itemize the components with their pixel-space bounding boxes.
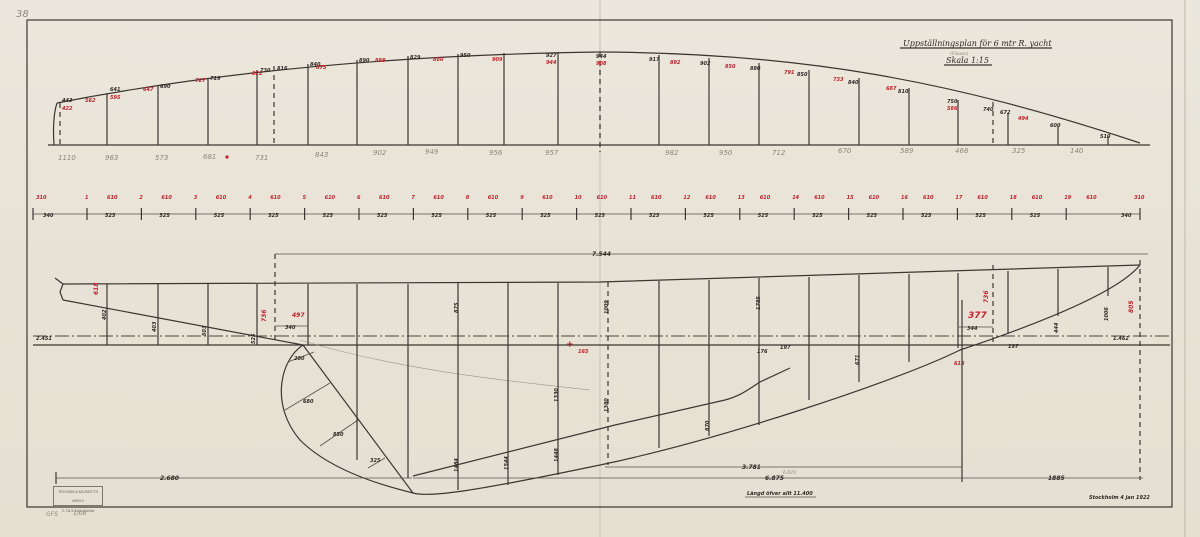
svg-text:525: 525 <box>323 213 334 219</box>
sheer-line <box>63 265 1140 284</box>
svg-text:6.870: 6.870 <box>783 470 796 476</box>
svg-text:944: 944 <box>546 60 557 66</box>
svg-text:525: 525 <box>377 213 388 219</box>
keel-profile <box>281 265 1140 494</box>
svg-text:12: 12 <box>683 195 690 201</box>
station-ticks: 1610525261052536105254610525561052566105… <box>85 195 1097 220</box>
svg-text:2.451: 2.451 <box>36 336 52 342</box>
svg-text:15: 15 <box>847 195 854 201</box>
svg-text:850: 850 <box>333 432 344 438</box>
red-cross-marker: + <box>566 340 574 350</box>
svg-text:880: 880 <box>433 57 444 63</box>
svg-text:444: 444 <box>1054 322 1060 333</box>
overall-length-note: Längd öfver allt 11.400 <box>747 491 813 497</box>
sheet-number: 38 <box>16 9 29 20</box>
svg-text:176: 176 <box>757 349 768 355</box>
plan-label: 443 <box>62 98 73 104</box>
svg-text:750: 750 <box>947 99 958 105</box>
svg-text:982: 982 <box>665 149 679 157</box>
svg-text:791: 791 <box>784 70 794 76</box>
svg-text:610: 610 <box>216 195 227 201</box>
svg-text:19: 19 <box>1064 195 1071 201</box>
svg-text:888: 888 <box>375 58 386 64</box>
svg-text:600: 600 <box>1050 123 1061 129</box>
svg-text:422: 422 <box>62 106 73 112</box>
svg-text:525: 525 <box>867 213 878 219</box>
svg-text:525: 525 <box>975 213 986 219</box>
svg-text:822: 822 <box>252 71 263 77</box>
svg-text:641: 641 <box>110 87 120 93</box>
svg-text:927: 927 <box>546 53 557 59</box>
svg-text:340: 340 <box>43 213 54 219</box>
svg-text:525: 525 <box>921 213 932 219</box>
svg-text:950: 950 <box>719 149 733 157</box>
svg-text:740: 740 <box>983 107 994 113</box>
svg-text:310: 310 <box>1134 195 1145 201</box>
svg-text:503: 503 <box>202 325 208 336</box>
svg-text:525: 525 <box>595 213 606 219</box>
svg-text:805: 805 <box>1128 300 1135 313</box>
svg-text:1009: 1009 <box>604 300 610 314</box>
svg-text:165: 165 <box>578 349 589 355</box>
drawing-sheet: 443 641 690 719 730 816 840 890 829 950 … <box>0 0 1200 537</box>
signature: Stockholm 4 jan 1922 <box>1089 495 1150 501</box>
svg-text:325: 325 <box>1012 147 1026 155</box>
svg-text:908: 908 <box>596 61 607 67</box>
rabbet-line <box>413 368 790 476</box>
svg-text:497: 497 <box>292 312 305 319</box>
svg-text:11: 11 <box>629 195 636 201</box>
svg-text:525: 525 <box>159 213 170 219</box>
title-block: Uppställningsplan för 6 mtr R. yacht (Fl… <box>900 39 1052 65</box>
svg-text:610: 610 <box>379 195 390 201</box>
dimension-377: 377 <box>968 311 988 321</box>
svg-text:672: 672 <box>1000 110 1011 116</box>
svg-text:586: 586 <box>947 106 958 112</box>
profile-view: 7.544 200 680 850 325 <box>33 251 1170 494</box>
svg-text:525: 525 <box>812 213 823 219</box>
svg-text:494: 494 <box>1018 116 1029 122</box>
svg-text:525: 525 <box>540 213 551 219</box>
svg-text:610: 610 <box>542 195 553 201</box>
svg-text:525: 525 <box>251 333 257 344</box>
svg-text:610: 610 <box>433 195 444 201</box>
svg-text:562: 562 <box>85 98 96 104</box>
svg-text:610: 610 <box>597 195 608 201</box>
svg-text:736: 736 <box>261 309 268 322</box>
svg-text:2.680: 2.680 <box>160 475 179 482</box>
svg-text:681: 681 <box>203 153 216 161</box>
svg-text:944: 944 <box>596 54 607 60</box>
svg-text:1110: 1110 <box>58 154 76 162</box>
svg-text:1885: 1885 <box>1048 475 1065 482</box>
svg-text:2: 2 <box>139 195 143 201</box>
svg-text:325: 325 <box>370 458 381 464</box>
svg-text:670: 670 <box>838 147 852 155</box>
svg-text:525: 525 <box>268 213 279 219</box>
svg-text:3: 3 <box>194 195 198 201</box>
svg-text:610: 610 <box>923 195 934 201</box>
svg-text:610: 610 <box>1032 195 1043 201</box>
svg-text:18: 18 <box>1010 195 1017 201</box>
svg-text:610: 610 <box>107 195 118 201</box>
svg-text:963: 963 <box>105 154 118 162</box>
svg-text:525: 525 <box>1030 213 1041 219</box>
svg-text:610: 610 <box>760 195 771 201</box>
svg-text:957: 957 <box>545 149 559 157</box>
svg-text:510: 510 <box>1100 134 1111 140</box>
svg-text:610: 610 <box>705 195 716 201</box>
svg-text:1330: 1330 <box>554 388 560 402</box>
lines-plan-drawing: 443 641 690 719 730 816 840 890 829 950 … <box>0 0 1200 537</box>
svg-text:200: 200 <box>294 356 305 362</box>
svg-text:525: 525 <box>758 213 769 219</box>
svg-text:949: 949 <box>425 148 439 156</box>
svg-text:902: 902 <box>700 61 711 67</box>
svg-text:840: 840 <box>848 80 859 86</box>
svg-text:1484: 1484 <box>454 458 460 472</box>
svg-text:573: 573 <box>155 154 168 162</box>
svg-text:880: 880 <box>750 66 761 72</box>
svg-text:618: 618 <box>93 282 100 295</box>
svg-text:10: 10 <box>575 195 582 201</box>
svg-text:4: 4 <box>248 195 252 201</box>
svg-text:468: 468 <box>955 147 969 155</box>
svg-text:902: 902 <box>373 149 387 157</box>
archive-stamp: TEKNISKA MUSEETS ARKIV 2-78-9-110 Gamla <box>53 486 103 508</box>
svg-text:909: 909 <box>492 57 503 63</box>
svg-text:690: 690 <box>160 84 171 90</box>
svg-text:727: 727 <box>195 78 206 84</box>
svg-text:197: 197 <box>780 345 791 351</box>
svg-text:843: 843 <box>315 151 328 159</box>
svg-text:733: 733 <box>833 77 844 83</box>
svg-text:525: 525 <box>649 213 660 219</box>
svg-text:680: 680 <box>303 399 314 405</box>
svg-text:618: 618 <box>954 361 965 367</box>
svg-text:589: 589 <box>900 147 914 155</box>
svg-text:340: 340 <box>285 325 296 331</box>
svg-text:1448: 1448 <box>554 448 560 462</box>
svg-text:956: 956 <box>489 149 503 157</box>
svg-text:816: 816 <box>277 66 288 72</box>
svg-text:1.462: 1.462 <box>1113 336 1129 342</box>
svg-text:6: 6 <box>357 195 361 201</box>
svg-text:719: 719 <box>210 76 221 82</box>
svg-text:917: 917 <box>649 57 660 63</box>
svg-text:1380: 1380 <box>604 398 610 412</box>
svg-text:16: 16 <box>901 195 908 201</box>
svg-text:892: 892 <box>670 60 681 66</box>
svg-text:610: 610 <box>651 195 662 201</box>
svg-text:6.875: 6.875 <box>765 475 784 482</box>
svg-text:610: 610 <box>161 195 172 201</box>
svg-text:671: 671 <box>855 355 861 365</box>
svg-text:8: 8 <box>466 195 470 201</box>
svg-text:7: 7 <box>411 195 415 201</box>
svg-text:687: 687 <box>886 86 897 92</box>
svg-text:17: 17 <box>955 195 962 201</box>
svg-text:850: 850 <box>797 72 808 78</box>
svg-text:610: 610 <box>270 195 281 201</box>
svg-text:1544: 1544 <box>504 456 510 470</box>
svg-text:890: 890 <box>359 58 370 64</box>
transom-curve <box>53 103 57 145</box>
svg-text:403: 403 <box>152 321 158 332</box>
svg-text:525: 525 <box>703 213 714 219</box>
svg-text:13: 13 <box>738 195 745 201</box>
svg-text:402: 402 <box>102 309 108 320</box>
svg-text:875: 875 <box>454 302 460 313</box>
svg-text:595: 595 <box>110 95 121 101</box>
svg-text:712: 712 <box>772 149 786 157</box>
svg-text:870: 870 <box>705 420 711 431</box>
svg-text:3.781: 3.781 <box>742 464 761 471</box>
svg-text:829: 829 <box>410 55 421 61</box>
svg-text:610: 610 <box>488 195 499 201</box>
svg-text:1785: 1785 <box>756 296 762 310</box>
drawing-title: Uppställningsplan för 6 mtr R. yacht <box>903 39 1052 48</box>
svg-text:5: 5 <box>303 195 307 201</box>
svg-text:197: 197 <box>1008 344 1019 350</box>
svg-text:610: 610 <box>1086 195 1097 201</box>
svg-text:610: 610 <box>814 195 825 201</box>
svg-text:525: 525 <box>105 213 116 219</box>
svg-text:9: 9 <box>520 195 524 201</box>
svg-text:610: 610 <box>869 195 880 201</box>
svg-text:610: 610 <box>325 195 336 201</box>
svg-text:1: 1 <box>85 195 88 201</box>
svg-text:140: 140 <box>1070 147 1084 155</box>
svg-text:344: 344 <box>967 326 978 332</box>
svg-text:950: 950 <box>460 53 471 59</box>
svg-text:525: 525 <box>486 213 497 219</box>
svg-text:731: 731 <box>255 154 268 162</box>
svg-text:310: 310 <box>36 195 47 201</box>
svg-text:7.544: 7.544 <box>592 251 611 258</box>
svg-text:875: 875 <box>316 65 327 71</box>
svg-text:14: 14 <box>792 195 799 201</box>
svg-text:647: 647 <box>143 87 154 93</box>
svg-text:525: 525 <box>214 213 225 219</box>
svg-text:610: 610 <box>977 195 988 201</box>
svg-text:736: 736 <box>983 290 990 303</box>
svg-text:525: 525 <box>431 213 442 219</box>
svg-text:1006: 1006 <box>1104 307 1110 321</box>
svg-text:340: 340 <box>1121 213 1132 219</box>
svg-text:810: 810 <box>898 89 909 95</box>
drawing-scale: Skala 1:15 <box>946 56 989 65</box>
svg-text:850: 850 <box>725 64 736 70</box>
